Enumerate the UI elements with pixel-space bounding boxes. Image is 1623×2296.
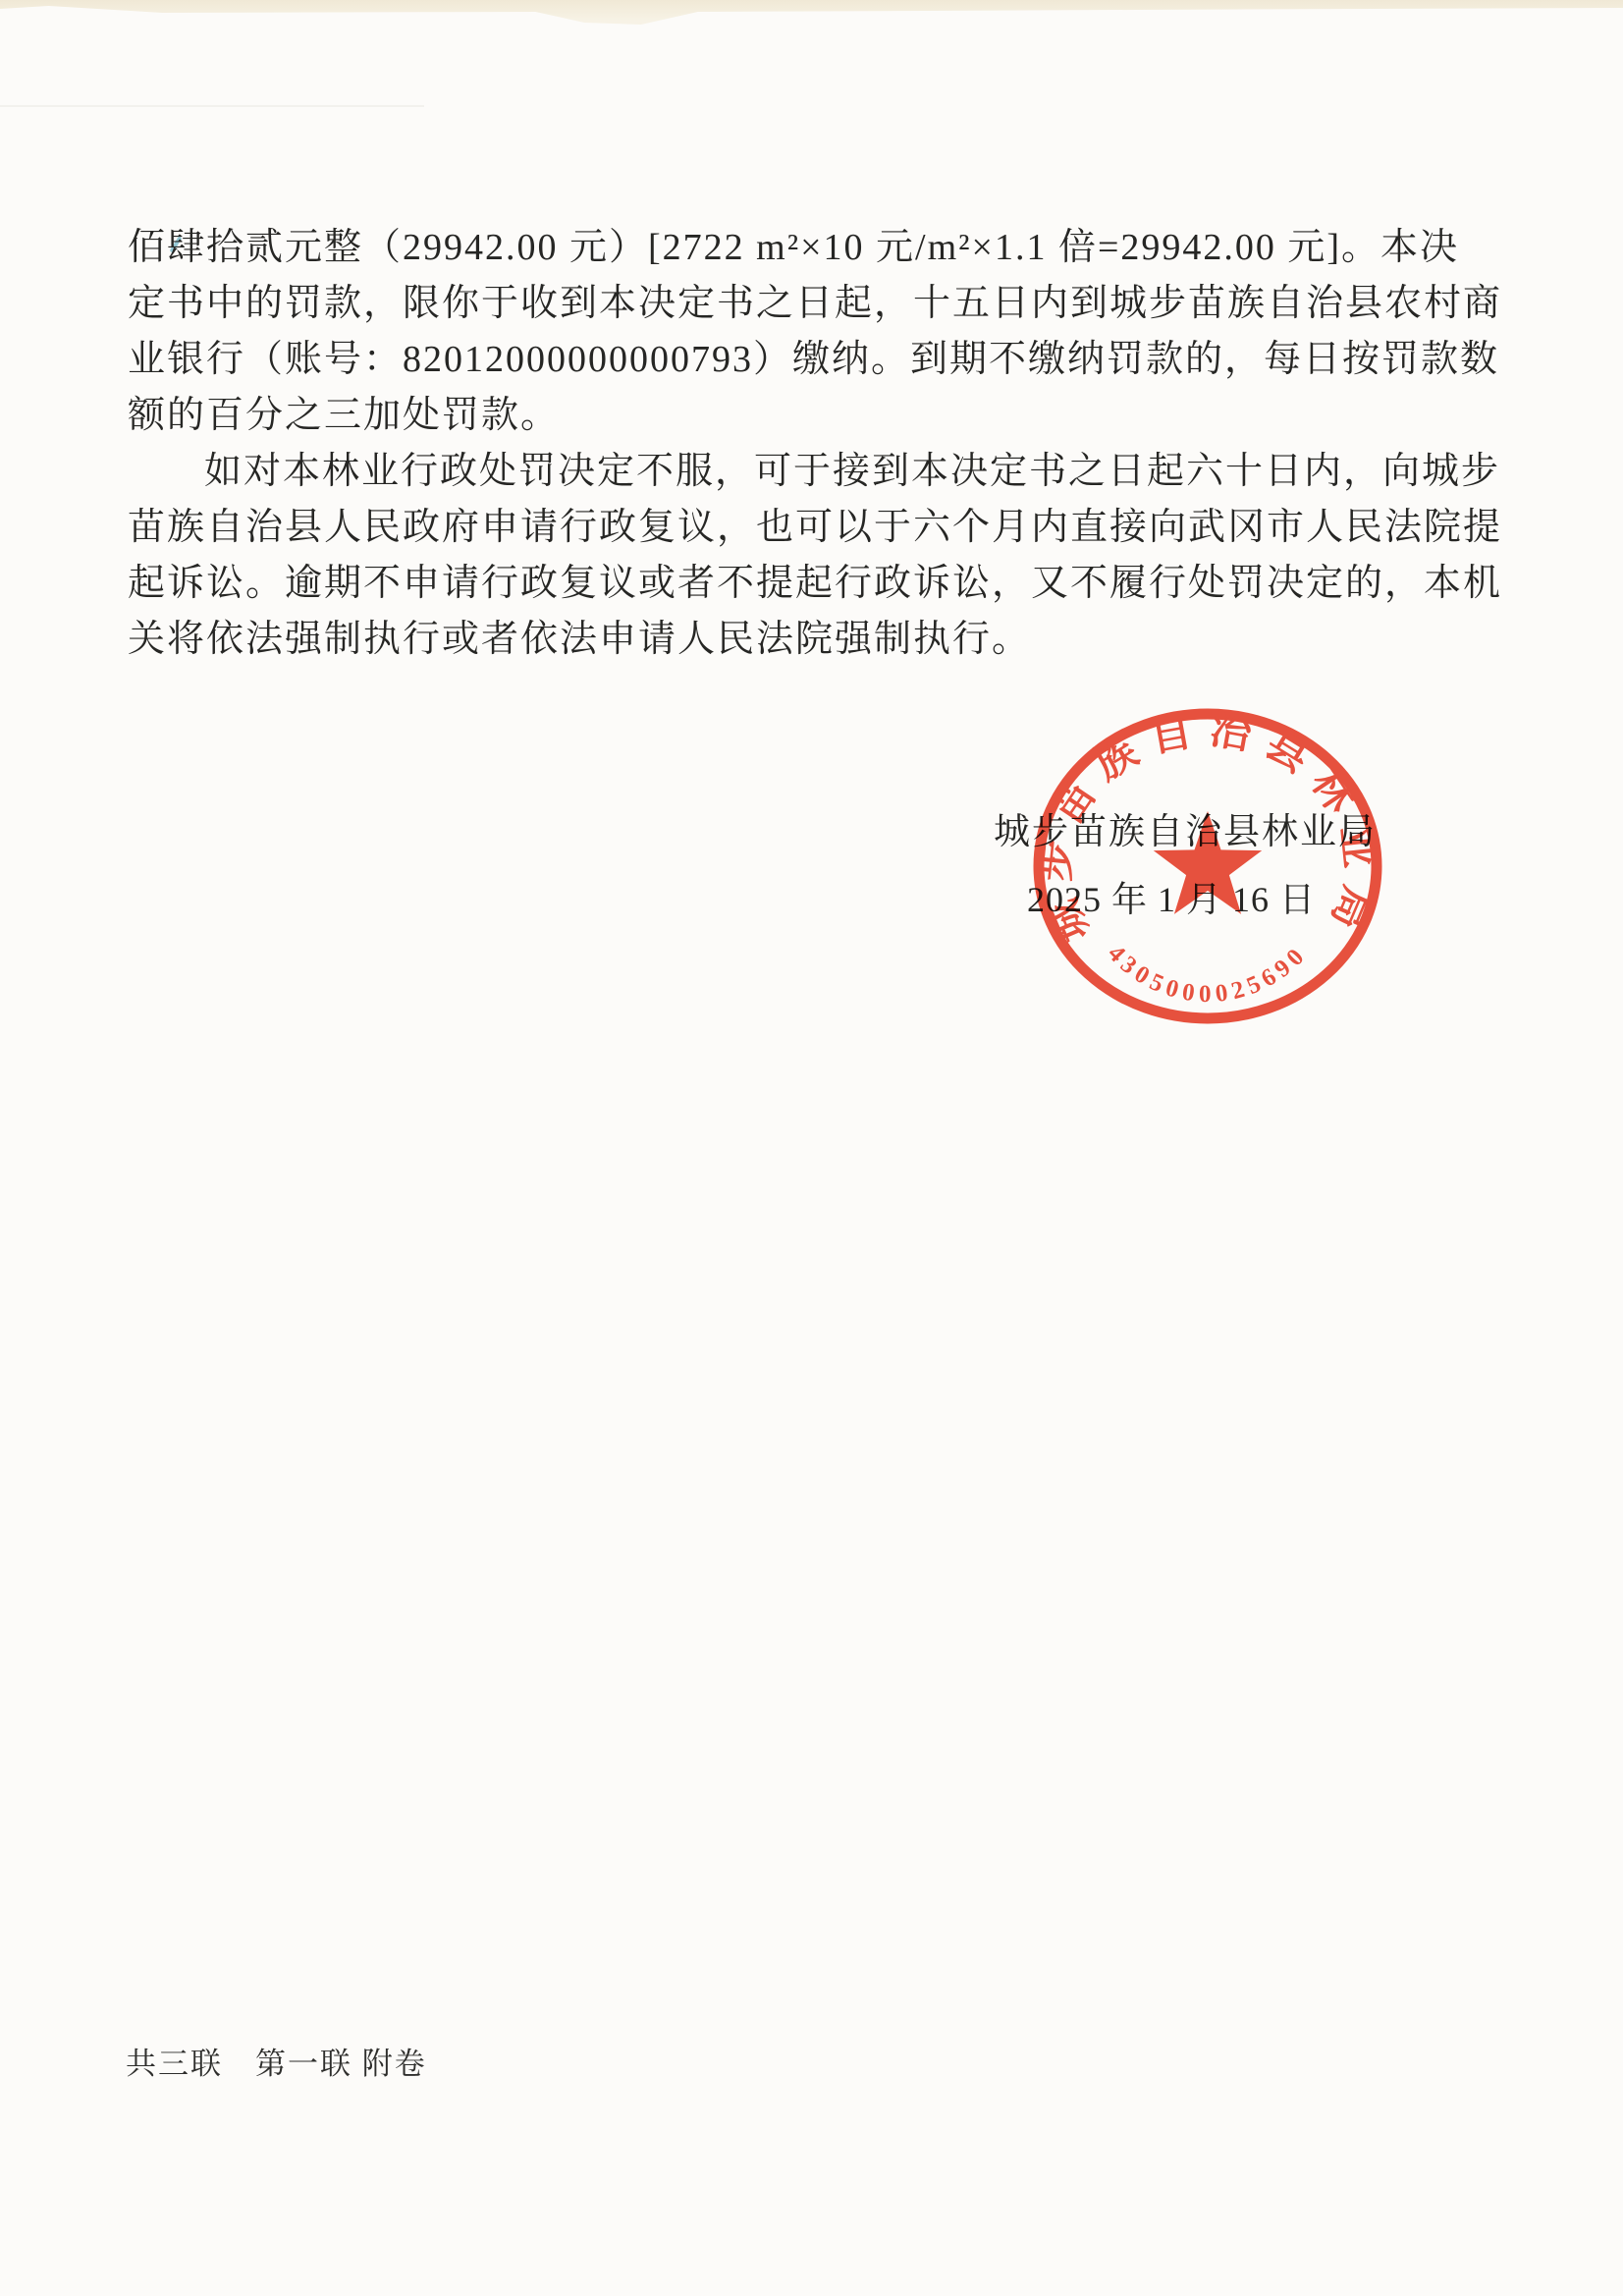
paper-top-edge-artifact — [0, 0, 1623, 26]
paper-crease-line — [0, 105, 424, 107]
body-line: 苗族自治县人民政府申请行政复议，也可以于六个月内直接向武冈市人民法院提 — [128, 500, 1532, 556]
star-icon — [1154, 811, 1262, 914]
body-line: 关将依法强制执行或者依法申请人民法院强制执行。 — [128, 612, 1532, 668]
body-line: 额的百分之三加处罚款。 — [128, 388, 1532, 444]
official-seal: 城步苗族自治县林业局 4305000025690 — [1021, 699, 1394, 1033]
document-body: 佰肆拾贰元整（29942.00 元）[2722 m²×10 元/m²×1.1 倍… — [128, 220, 1532, 668]
scanned-document-page: 佰肆拾贰元整（29942.00 元）[2722 m²×10 元/m²×1.1 倍… — [0, 0, 1623, 2296]
body-line: 定书中的罚款，限你于收到本决定书之日起，十五日内到城步苗族自治县农村商 — [128, 276, 1532, 332]
body-line: 如对本林业行政处罚决定不服，可于接到本决定书之日起六十日内，向城步 — [128, 444, 1532, 500]
body-line: 佰肆拾贰元整（29942.00 元）[2722 m²×10 元/m²×1.1 倍… — [128, 220, 1532, 276]
footer-copy-note: 共三联 第一联 附卷 — [126, 2039, 427, 2083]
body-line: 业银行（账号：82012000000000793）缴纳。到期不缴纳罚款的，每日按… — [128, 332, 1532, 388]
body-line: 起诉讼。逾期不申请行政复议或者不提起行政诉讼，又不履行处罚决定的，本机 — [128, 556, 1532, 612]
